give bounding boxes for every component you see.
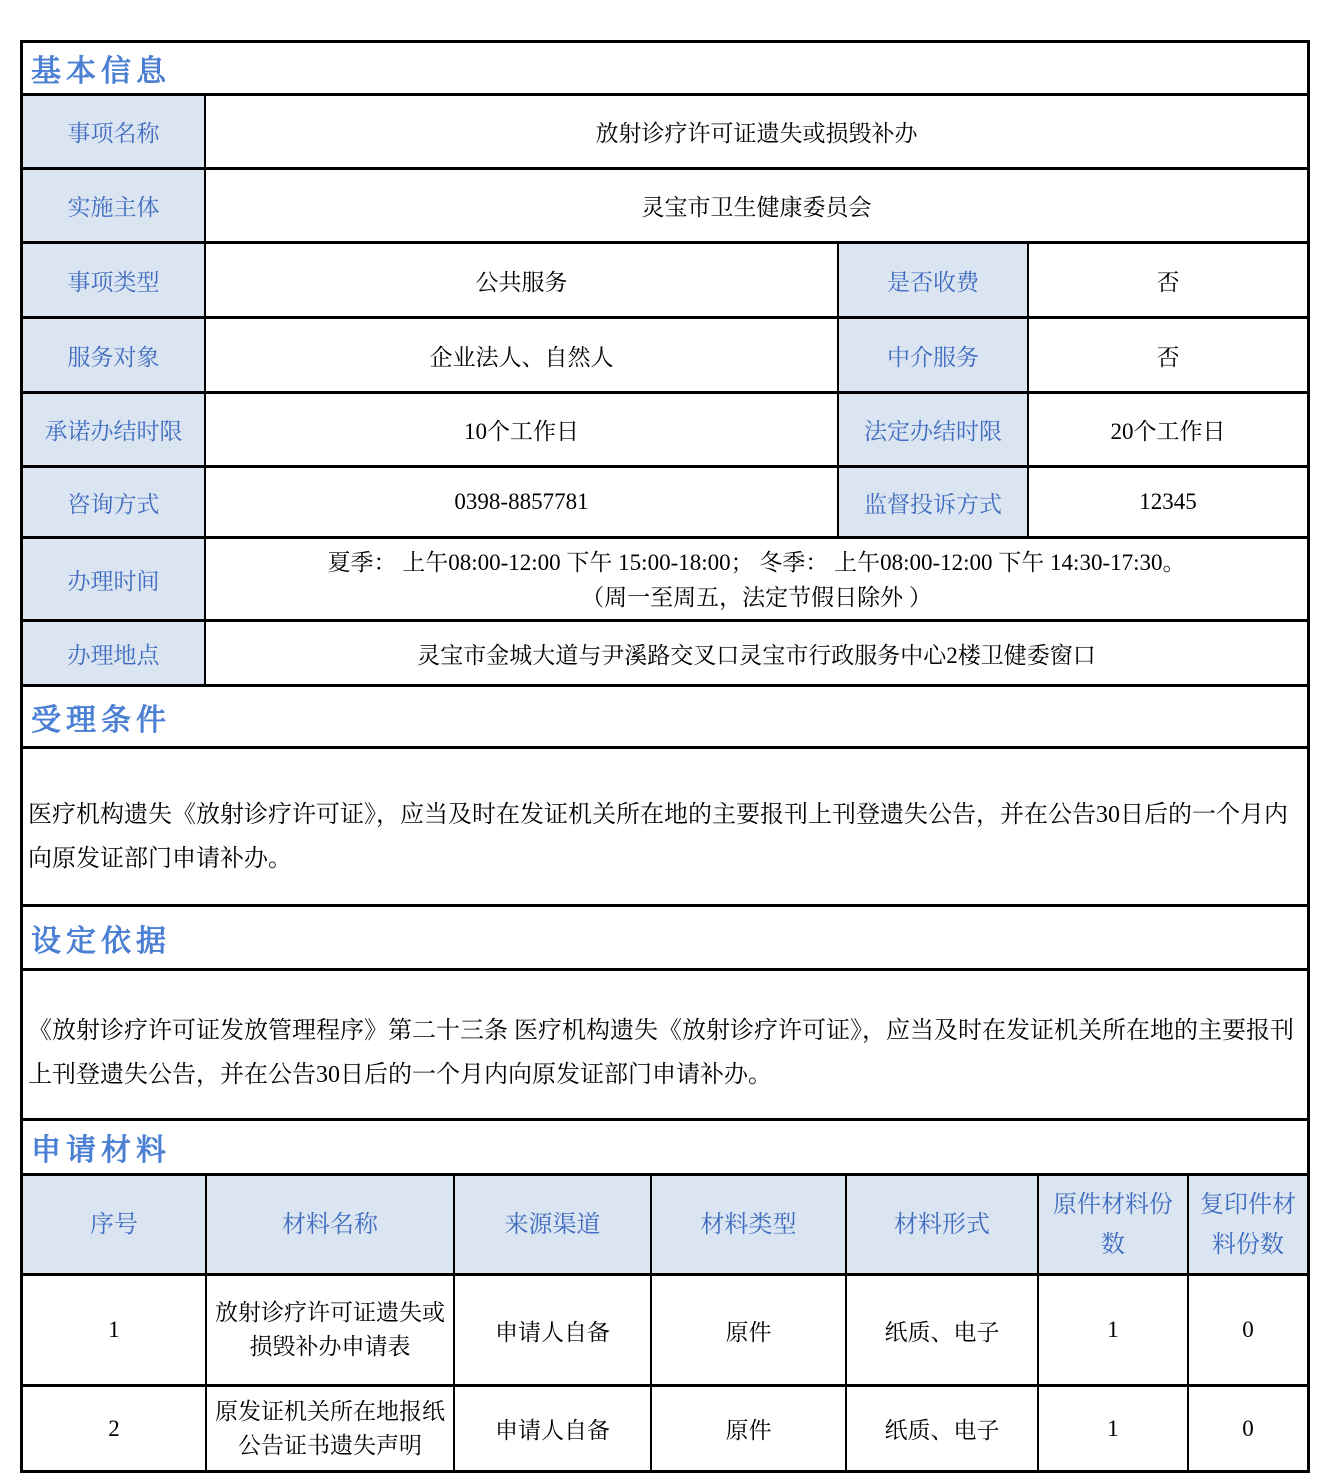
materials-table-row: 1 放射诊疗许可证遗失或损毁补办申请表 申请人自备 原件 纸质、电子 1 0: [23, 1273, 1307, 1384]
value-item-type: 公共服务: [204, 244, 837, 316]
value-statutory-time-limit: 20个工作日: [1027, 394, 1307, 465]
row-item-name: 事项名称 放射诊疗许可证遗失或损毁补办: [23, 93, 1307, 167]
material-1-type: 原件: [650, 1276, 845, 1384]
value-item-name: 放射诊疗许可证遗失或损毁补办: [204, 96, 1307, 167]
value-service-object: 企业法人、自然人: [204, 319, 837, 391]
row-time-limits: 承诺办结时限 10个工作日 法定办结时限 20个工作日: [23, 391, 1307, 465]
label-implementing-entity: 实施主体: [23, 170, 204, 241]
material-2-serial: 2: [23, 1387, 205, 1470]
material-2-type: 原件: [650, 1387, 845, 1470]
value-consultation-phone: 0398-8857781: [204, 468, 837, 536]
header-material-form: 材料形式: [845, 1176, 1037, 1273]
material-2-source: 申请人自备: [453, 1387, 650, 1470]
section-title-acceptance-conditions: 受理条件: [23, 684, 1307, 746]
material-1-photocopy-copies: 0: [1187, 1276, 1307, 1384]
value-promised-time-limit: 10个工作日: [204, 394, 837, 465]
setting-basis-text: 《放射诊疗许可证发放管理程序》第二十三条 医疗机构遗失《放射诊疗许可证》，应当及…: [23, 968, 1307, 1118]
header-material-type: 材料类型: [650, 1176, 845, 1273]
label-processing-location: 办理地点: [23, 622, 204, 684]
label-intermediary-service: 中介服务: [837, 319, 1027, 391]
material-2-name: 原发证机关所在地报纸公告证书遗失声明: [205, 1387, 453, 1470]
material-2-photocopy-copies: 0: [1187, 1387, 1307, 1470]
label-service-object: 服务对象: [23, 319, 204, 391]
section-title-application-materials: 申请材料: [23, 1118, 1307, 1173]
acceptance-conditions-text: 医疗机构遗失《放射诊疗许可证》，应当及时在发证机关所在地的主要报刊上刊登遗失公告…: [23, 746, 1307, 904]
header-photocopy-copies: 复印件材料份数: [1187, 1176, 1307, 1273]
label-statutory-time-limit: 法定办结时限: [837, 394, 1027, 465]
label-complaint-method: 监督投诉方式: [837, 468, 1027, 536]
material-1-original-copies: 1: [1037, 1276, 1187, 1384]
processing-time-line1: 夏季： 上午08:00-12:00 下午 15:00-18:00； 冬季： 上午…: [327, 545, 1185, 580]
row-processing-time: 办理时间 夏季： 上午08:00-12:00 下午 15:00-18:00； 冬…: [23, 536, 1307, 619]
header-serial-number: 序号: [23, 1176, 205, 1273]
service-detail-sheet: 基本信息 事项名称 放射诊疗许可证遗失或损毁补办 实施主体 灵宝市卫生健康委员会…: [20, 40, 1310, 1473]
header-original-copies: 原件材料份数: [1037, 1176, 1187, 1273]
service-detail-page: 基本信息 事项名称 放射诊疗许可证遗失或损毁补办 实施主体 灵宝市卫生健康委员会…: [0, 0, 1328, 1484]
value-processing-location: 灵宝市金城大道与尹溪路交叉口灵宝市行政服务中心2楼卫健委窗口: [204, 622, 1307, 684]
value-complaint-hotline: 12345: [1027, 468, 1307, 536]
header-source-channel: 来源渠道: [453, 1176, 650, 1273]
material-2-form: 纸质、电子: [845, 1387, 1037, 1470]
material-1-serial: 1: [23, 1276, 205, 1384]
header-material-name: 材料名称: [205, 1176, 453, 1273]
row-implementing-entity: 实施主体 灵宝市卫生健康委员会: [23, 167, 1307, 241]
materials-table-header: 序号 材料名称 来源渠道 材料类型 材料形式 原件材料份数 复印件材料份数: [23, 1173, 1307, 1273]
label-item-type: 事项类型: [23, 244, 204, 316]
value-intermediary-service: 否: [1027, 319, 1307, 391]
row-service-object-intermediary: 服务对象 企业法人、自然人 中介服务 否: [23, 316, 1307, 391]
processing-time-line2: （周一至周五，法定节假日除外 ）: [581, 580, 932, 615]
row-item-type-fee: 事项类型 公共服务 是否收费 否: [23, 241, 1307, 316]
material-1-name: 放射诊疗许可证遗失或损毁补办申请表: [205, 1276, 453, 1384]
row-contact-complaint: 咨询方式 0398-8857781 监督投诉方式 12345: [23, 465, 1307, 536]
value-processing-time: 夏季： 上午08:00-12:00 下午 15:00-18:00； 冬季： 上午…: [204, 539, 1307, 619]
material-1-form: 纸质、电子: [845, 1276, 1037, 1384]
label-consultation-method: 咨询方式: [23, 468, 204, 536]
value-implementing-entity: 灵宝市卫生健康委员会: [204, 170, 1307, 241]
section-title-setting-basis: 设定依据: [23, 904, 1307, 968]
label-fee-charged: 是否收费: [837, 244, 1027, 316]
value-fee-charged: 否: [1027, 244, 1307, 316]
row-processing-location: 办理地点 灵宝市金城大道与尹溪路交叉口灵宝市行政服务中心2楼卫健委窗口: [23, 619, 1307, 684]
label-item-name: 事项名称: [23, 96, 204, 167]
materials-table-row: 2 原发证机关所在地报纸公告证书遗失声明 申请人自备 原件 纸质、电子 1 0: [23, 1384, 1307, 1470]
label-promised-time-limit: 承诺办结时限: [23, 394, 204, 465]
material-2-original-copies: 1: [1037, 1387, 1187, 1470]
label-processing-time: 办理时间: [23, 539, 204, 619]
section-title-basic-info: 基本信息: [23, 43, 1307, 93]
material-1-source: 申请人自备: [453, 1276, 650, 1384]
